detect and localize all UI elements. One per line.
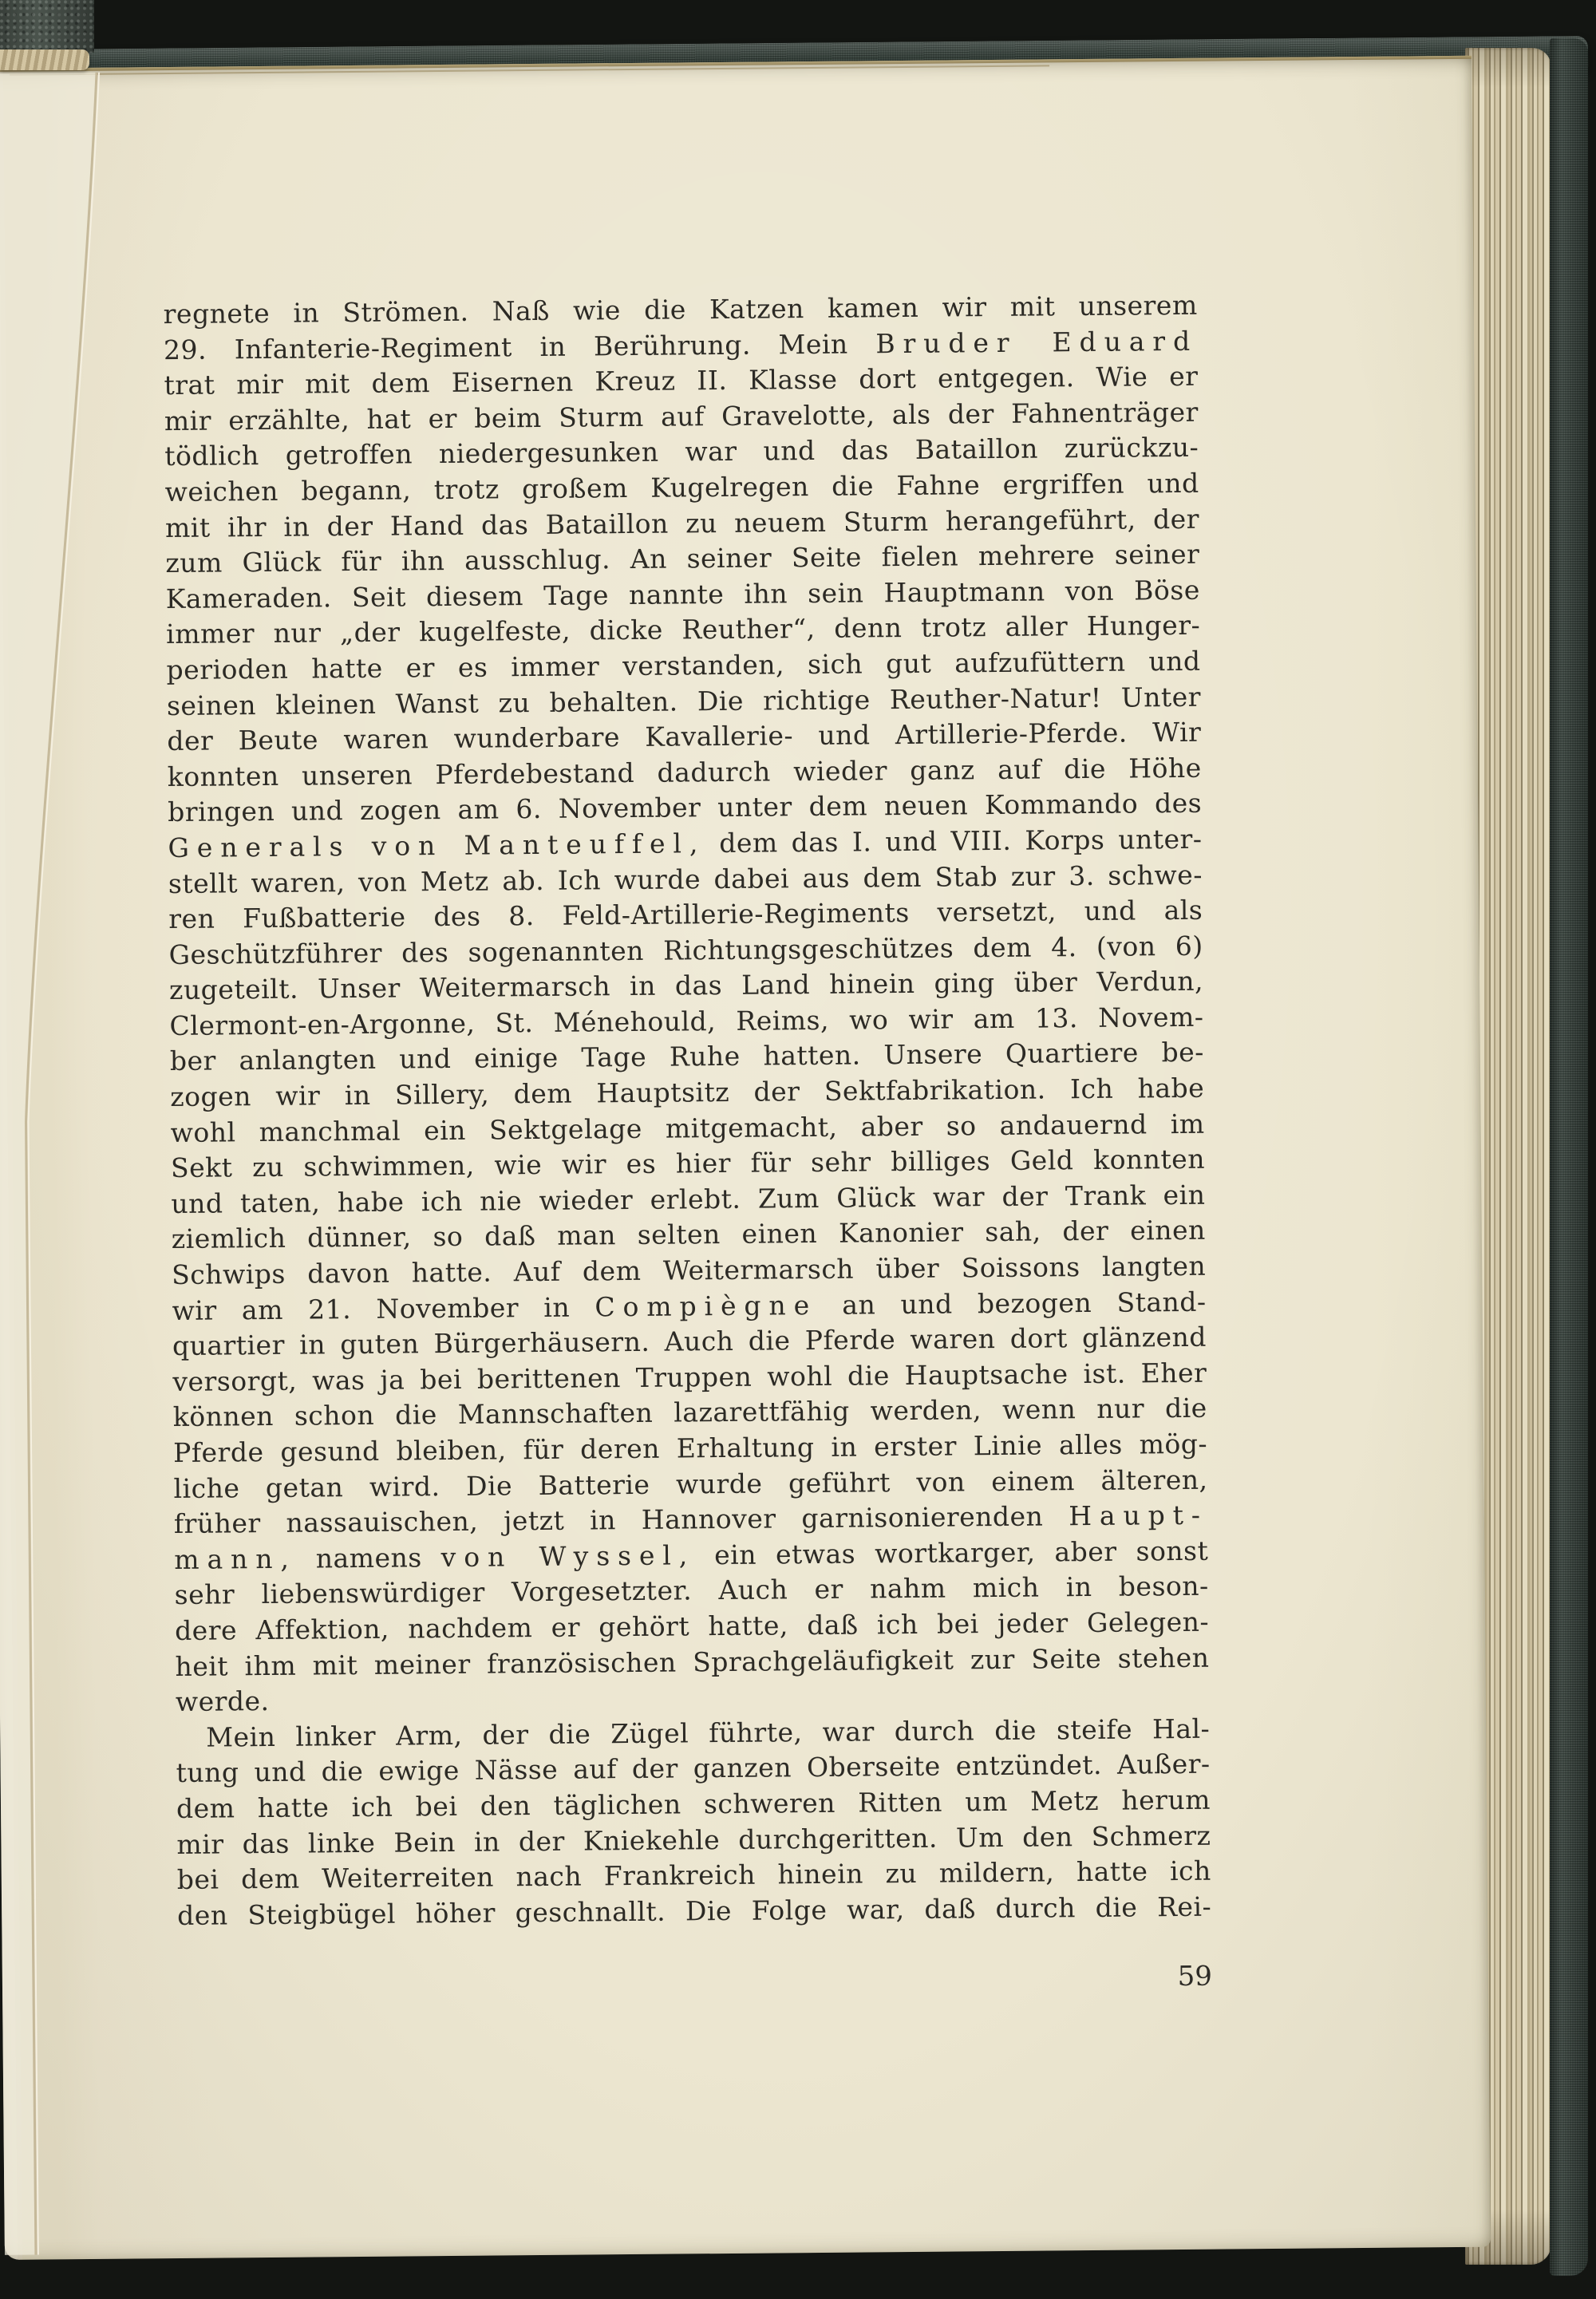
text-segment: können schon die Mannschaften lazarettfä… xyxy=(173,1392,1207,1432)
text-segment: trat mir mit dem Eisernen Kreuz II. Klas… xyxy=(164,361,1198,401)
text-segment: wohl manchmal ein Sektgelage mitgemacht,… xyxy=(170,1108,1204,1148)
cover-right-board xyxy=(1550,38,1588,2276)
text-segment: 29. Infanterie-Regiment in Berührung. Me… xyxy=(164,328,876,365)
text-segment: ren Fußbatterie des 8. Feld-Artillerie-R… xyxy=(168,895,1203,934)
scanned-book-photo: { "colors": { "background": "#131512", "… xyxy=(0,0,1596,2299)
text-segment: liche getan wird. Die Batterie wurde gef… xyxy=(173,1464,1207,1503)
text-segment: perioden hatte er es immer verstanden, s… xyxy=(166,646,1200,685)
text-segment: konnten unseren Pferdebestand dadurch wi… xyxy=(168,752,1202,792)
spaced-text-segment: Compiègne xyxy=(595,1290,817,1322)
spaced-text-segment: Bruder Eduard xyxy=(875,325,1198,359)
text-segment: versorgt, was ja bei berittenen Truppen … xyxy=(172,1357,1207,1397)
text-segment: heit ihm mit meiner französischen Sprach… xyxy=(175,1641,1209,1681)
text-segment: Geschützführer des sogenannten Richtungs… xyxy=(169,930,1203,970)
text-segment: früher nassauischen, jetzt in Hannover g… xyxy=(174,1500,1069,1539)
text-segment: an und bezogen Stand- xyxy=(817,1286,1207,1320)
text-segment: immer nur „der kugelfeste, dicke Reuther… xyxy=(166,610,1200,650)
spaced-text-segment: Generals von Manteuffel, xyxy=(168,828,705,863)
text-segment: Clermont-en-Argonne, St. Ménehould, Reim… xyxy=(169,1001,1203,1041)
text-segment: und taten, habe ich nie wieder erlebt. Z… xyxy=(171,1179,1205,1219)
text-segment: zugeteilt. Unser Weitermarsch in das Lan… xyxy=(169,966,1203,1005)
spaced-text-segment: mann, xyxy=(174,1543,297,1574)
text-segment: weichen begann, trotz großem Kugelregen … xyxy=(164,468,1199,508)
text-segment: regnete in Strömen. Naß wie die Katzen k… xyxy=(164,290,1198,330)
book-page: regnete in Strömen. Naß wie die Katzen k… xyxy=(0,56,1491,2260)
text-segment: dem hatte ich bei den täglichen schweren… xyxy=(176,1784,1211,1824)
text-segment: Mein linker Arm, der die Zügel führte, w… xyxy=(206,1712,1210,1752)
text-segment: dem das I. und VIII. Korps unter- xyxy=(705,824,1203,859)
text-segment: tödlich getroffen niedergesunken war und… xyxy=(164,432,1199,472)
page-top-edge-line xyxy=(10,65,1049,75)
text-segment: mit ihr in der Hand das Bataillon zu neu… xyxy=(165,503,1199,543)
spaced-text-segment: Haupt- xyxy=(1069,1499,1208,1532)
text-segment: wir am 21. November in xyxy=(172,1291,595,1326)
text-segment: dere Affektion, nachdem er gehört hatte,… xyxy=(175,1606,1209,1646)
text-segment: zum Glück für ihn ausschlug. An seiner S… xyxy=(165,539,1199,579)
text-segment: Pferde gesund bleiben, für deren Erhaltu… xyxy=(173,1428,1207,1468)
text-segment: werde. xyxy=(176,1685,270,1717)
headband-stitching xyxy=(0,49,89,70)
text-segment: ber anlangten und einige Tage Ruhe hatte… xyxy=(170,1037,1204,1076)
text-segment: der Beute waren wunderbare Kavallerie- u… xyxy=(167,717,1201,756)
text-segment: ein etwas wortkarger, aber sonst xyxy=(695,1535,1208,1570)
gutter-crease xyxy=(0,68,132,2260)
text-segment: stellt waren, von Metz ab. Ich wurde dab… xyxy=(168,859,1203,899)
text-segment: Kameraden. Seit diesem Tage nannte ihn s… xyxy=(166,574,1200,614)
spine-corner-block xyxy=(0,0,94,53)
text-segment: Sekt zu schwimmen, wie wir es hier für s… xyxy=(171,1144,1205,1183)
text-segment: zogen wir in Sillery, dem Hauptsitz der … xyxy=(170,1072,1204,1112)
text-segment: den Steigbügel höher geschnallt. Die Fol… xyxy=(177,1890,1211,1930)
spaced-text-segment: von Wyssel, xyxy=(441,1539,696,1573)
text-segment: namens xyxy=(297,1542,441,1574)
text-segment: bei dem Weiterreiten nach Frankreich hin… xyxy=(177,1855,1211,1895)
text-segment: sehr liebenswürdiger Vorgesetzter. Auch … xyxy=(175,1570,1209,1610)
text-segment: bringen und zogen am 6. November unter d… xyxy=(168,788,1202,828)
text-segment: Schwips davon hatte. Auf dem Weitermarsc… xyxy=(172,1250,1206,1290)
text-segment: mir das linke Bein in der Kniekehle durc… xyxy=(176,1819,1211,1859)
text-segment: ziemlich dünner, so daß man selten einen… xyxy=(172,1215,1206,1254)
text-block: regnete in Strömen. Naß wie die Katzen k… xyxy=(164,288,1212,1934)
text-segment: quartier in guten Bürgerhäusern. Auch di… xyxy=(172,1321,1207,1361)
text-segment: mir erzählte, hat er beim Sturm auf Grav… xyxy=(164,397,1199,436)
text-segment: seinen kleinen Wanst zu behalten. Die ri… xyxy=(167,681,1201,721)
page-number: 59 xyxy=(178,1961,1212,2001)
text-segment: tung und die ewige Nässe auf der ganzen … xyxy=(176,1748,1210,1788)
